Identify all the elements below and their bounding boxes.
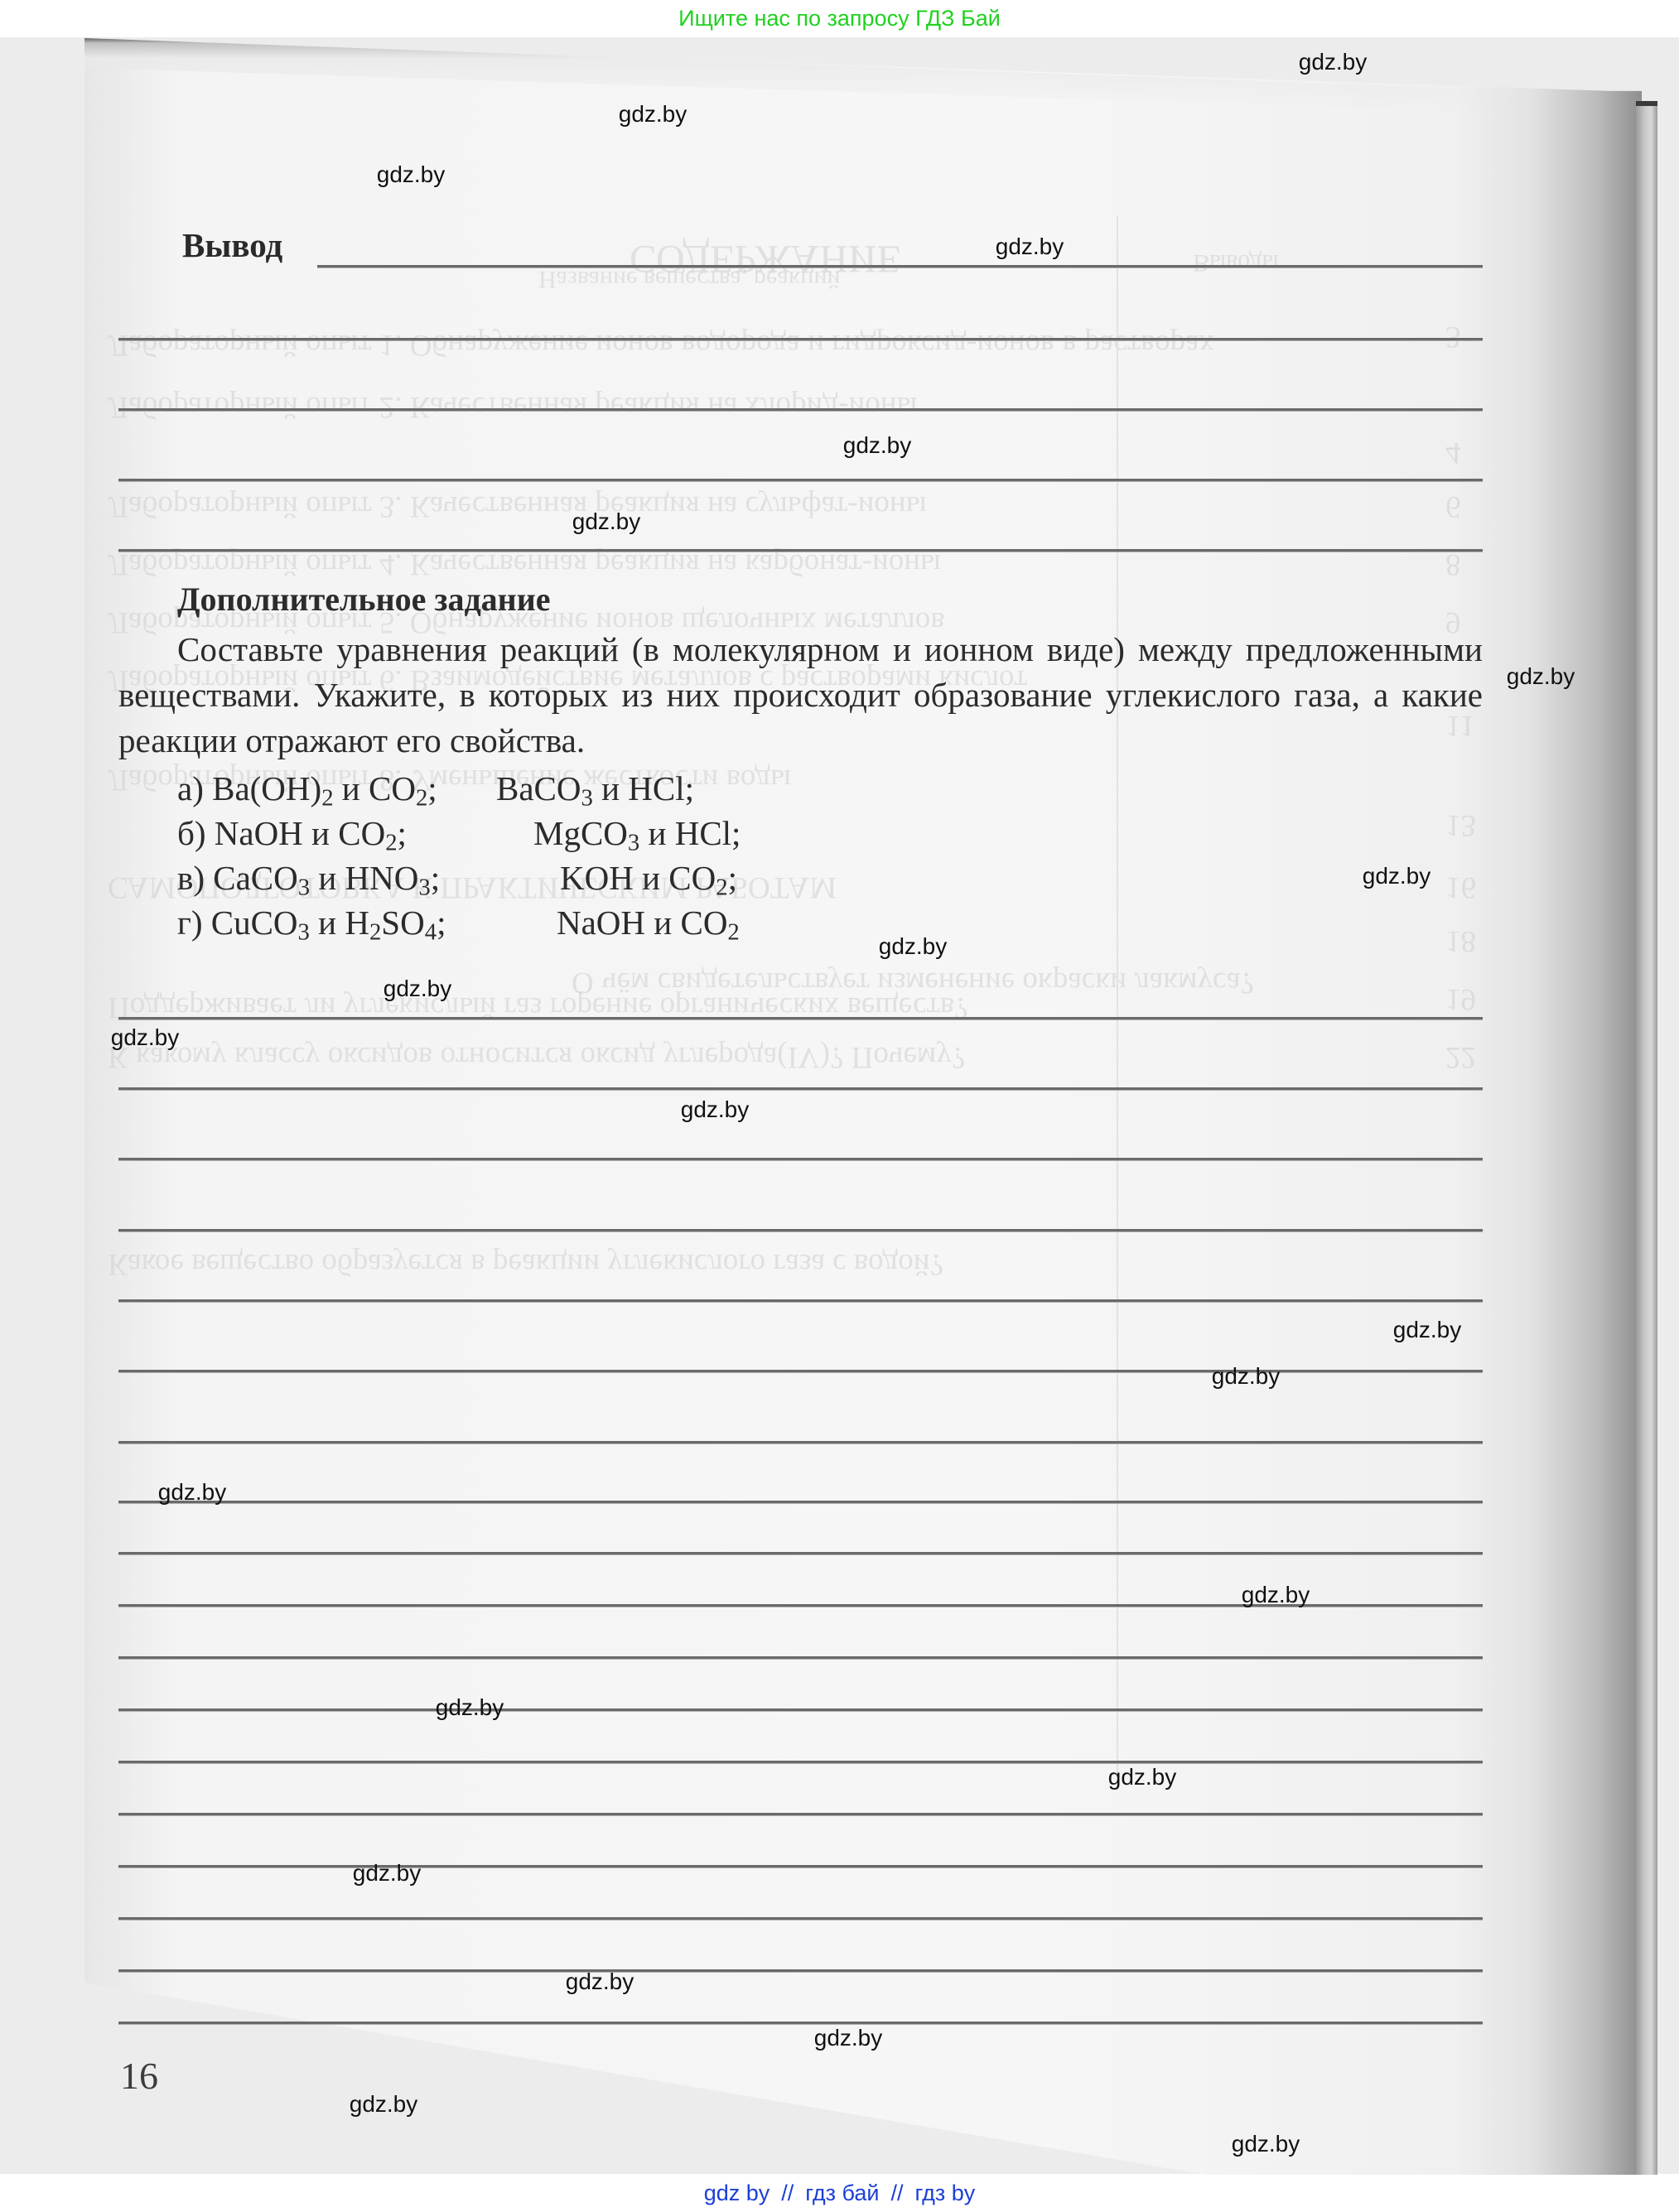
page-number: 16 bbox=[120, 2054, 158, 2098]
bleed-through-text: Лабораторный опыт 1. Обнаружение ионов в… bbox=[108, 327, 1214, 363]
bleed-through-page-number: 4 bbox=[1445, 435, 1461, 470]
answer-line bbox=[118, 1017, 1483, 1020]
watermark-text: gdz.by bbox=[681, 1096, 750, 1123]
answer-line bbox=[118, 1865, 1483, 1868]
bleed-through-page-number: 18 bbox=[1445, 923, 1476, 959]
item-marker: в) bbox=[177, 859, 213, 897]
footer-link-gdz-by[interactable]: gdz by bbox=[704, 2181, 770, 2206]
answer-line bbox=[118, 479, 1483, 482]
reaction-pair-left: а) Ba(OH)2 и CO2; bbox=[177, 766, 437, 811]
watermark-text: gdz.by bbox=[377, 161, 446, 188]
answer-line bbox=[118, 1708, 1483, 1712]
watermark-text: gdz.by bbox=[1232, 2131, 1300, 2157]
answer-line bbox=[118, 338, 1483, 341]
watermark-text: gdz.by bbox=[436, 1694, 504, 1721]
bleed-through-text: Выводы bbox=[1193, 248, 1279, 277]
reaction-pair-right: KOH и CO2; bbox=[560, 855, 737, 900]
reaction-pair-right: MgCO3 и HCl; bbox=[533, 811, 741, 855]
bleed-through-page-number: 22 bbox=[1445, 1039, 1476, 1075]
footer-links: gdz by // гдз бай // гдз by bbox=[0, 2175, 1679, 2212]
watermark-text: gdz.by bbox=[353, 1860, 422, 1887]
bleed-through-page-number: 19 bbox=[1445, 981, 1476, 1017]
answer-line bbox=[118, 2022, 1483, 2025]
reaction-pair-left: в) CaCO3 и HNO3; bbox=[177, 855, 440, 900]
answer-line bbox=[317, 265, 1483, 268]
bleed-through-page-number: 13 bbox=[1445, 807, 1476, 843]
answer-line bbox=[118, 1813, 1483, 1816]
reaction-pair-right: NaOH и CO2 bbox=[557, 900, 740, 945]
bleed-through-text: К какому классу оксидов относится оксид … bbox=[108, 1039, 965, 1075]
bleed-through-text: Название вещества, реакций bbox=[538, 265, 841, 293]
extra-task-title: Дополнительное задание bbox=[177, 580, 551, 619]
reaction-pair-left: г) CuCO3 и H2SO4; bbox=[177, 900, 446, 945]
watermark-text: gdz.by bbox=[619, 101, 688, 128]
watermark-text: gdz.by bbox=[384, 976, 452, 1002]
answer-line bbox=[118, 408, 1483, 412]
bleed-through-page-number: 3 bbox=[1445, 319, 1461, 354]
answer-line bbox=[118, 1656, 1483, 1660]
reaction-pair-right: BaCO3 и HCl; bbox=[496, 766, 694, 811]
answer-line bbox=[118, 549, 1483, 552]
bleed-through-text: О чём свидетельствует изменение окраски … bbox=[572, 965, 1254, 1000]
watermark-text: gdz.by bbox=[1363, 863, 1431, 889]
answer-line bbox=[118, 1761, 1483, 1764]
instructions-text: Составьте уравнения реакций (в молекуляр… bbox=[118, 630, 1483, 759]
watermark-text: gdz.by bbox=[350, 2091, 418, 2118]
answer-line bbox=[118, 1501, 1483, 1504]
bleed-through-text: Лабораторный опыт 2. Качественная реакци… bbox=[108, 389, 917, 425]
watermark-text: gdz.by bbox=[996, 234, 1064, 260]
item-marker: г) bbox=[177, 904, 211, 942]
answer-line bbox=[118, 1087, 1483, 1091]
answer-line bbox=[118, 1441, 1483, 1444]
watermark-text: gdz.by bbox=[1393, 1317, 1462, 1343]
item-marker: б) bbox=[177, 814, 215, 852]
watermark-text: gdz.by bbox=[843, 432, 912, 459]
answer-line bbox=[118, 1917, 1483, 1920]
item-marker: а) bbox=[177, 769, 212, 807]
answer-line bbox=[118, 1229, 1483, 1232]
answer-line bbox=[118, 1299, 1483, 1303]
search-hint-text: Ищите нас по запросу ГДЗ Бай bbox=[678, 6, 1001, 31]
watermark-text: gdz.by bbox=[814, 2025, 883, 2051]
watermark-text: gdz.by bbox=[879, 933, 948, 960]
watermark-text: gdz.by bbox=[111, 1024, 180, 1051]
footer-link-gdz-by-cyr[interactable]: гдз by bbox=[915, 2181, 976, 2206]
watermark-text: gdz.by bbox=[158, 1479, 227, 1506]
answer-line bbox=[118, 1552, 1483, 1555]
watermark-text: gdz.by bbox=[566, 1969, 634, 1995]
search-hint-banner: Ищите нас по запросу ГДЗ Бай bbox=[0, 0, 1679, 37]
answer-line bbox=[118, 1969, 1483, 1973]
watermark-text: gdz.by bbox=[1212, 1363, 1281, 1390]
reaction-pair-left: б) NaOH и CO2; bbox=[177, 811, 407, 855]
footer-link-gdz-bai[interactable]: гдз бай bbox=[805, 2181, 879, 2206]
conclusion-label: Вывод bbox=[182, 225, 282, 265]
page-right-edge bbox=[1636, 101, 1657, 2176]
footer-separator: // bbox=[781, 2181, 794, 2206]
bleed-through-page-number: 6 bbox=[1445, 489, 1461, 524]
watermark-text: gdz.by bbox=[1507, 663, 1575, 690]
bleed-through-text: Лабораторный опыт 3. Качественная реакци… bbox=[108, 489, 927, 524]
extra-task-instructions: Составьте уравнения реакций (в молекуляр… bbox=[118, 627, 1483, 764]
answer-line bbox=[118, 1158, 1483, 1161]
watermark-text: gdz.by bbox=[1108, 1764, 1177, 1790]
bleed-through-text: Какое вещество образуется в реакции угле… bbox=[108, 1246, 943, 1282]
watermark-text: gdz.by bbox=[1242, 1582, 1310, 1608]
watermark-text: gdz.by bbox=[572, 508, 641, 535]
bleed-through-page-number: 16 bbox=[1445, 870, 1476, 905]
watermark-text: gdz.by bbox=[1299, 49, 1368, 75]
footer-separator: // bbox=[890, 2181, 903, 2206]
